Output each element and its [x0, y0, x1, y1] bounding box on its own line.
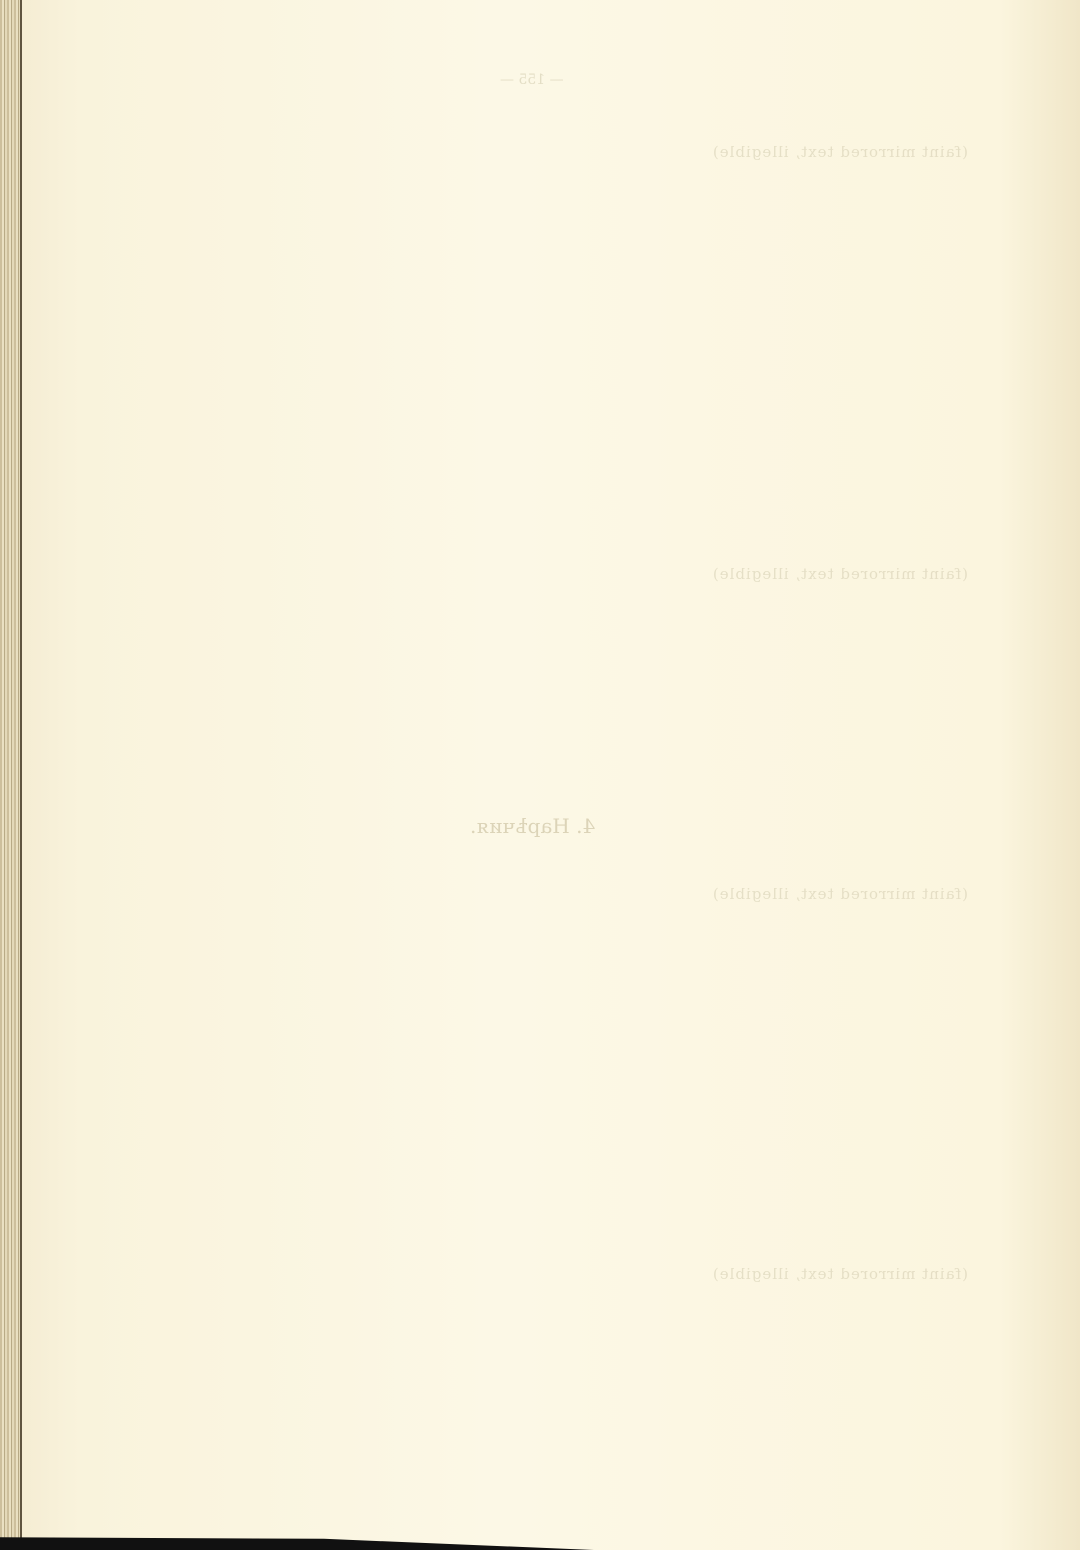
- show-through-block-1: (faint mirrored text, illegible): [118, 118, 968, 518]
- binding-line: [20, 0, 22, 1540]
- show-through-text: (faint mirrored text, illegible): [712, 1265, 968, 1283]
- show-through-text: (faint mirrored text, illegible): [712, 565, 968, 583]
- show-through-block-3: (faint mirrored text, illegible): [118, 860, 968, 1080]
- show-through-heading: 4. Нарѣчия.: [470, 814, 595, 838]
- show-through-page-number: — 155 —: [500, 72, 564, 88]
- book-page: — 155 — (faint mirrored text, illegible)…: [0, 0, 1080, 1550]
- show-through-text: (faint mirrored text, illegible): [712, 885, 968, 903]
- show-through-block-2: (faint mirrored text, illegible): [118, 540, 968, 780]
- show-through-block-4: (faint mirrored text, illegible): [118, 1240, 968, 1440]
- scan-border: [0, 1534, 1080, 1550]
- page-stack-edge: [0, 0, 22, 1540]
- show-through-text: (faint mirrored text, illegible): [712, 143, 968, 161]
